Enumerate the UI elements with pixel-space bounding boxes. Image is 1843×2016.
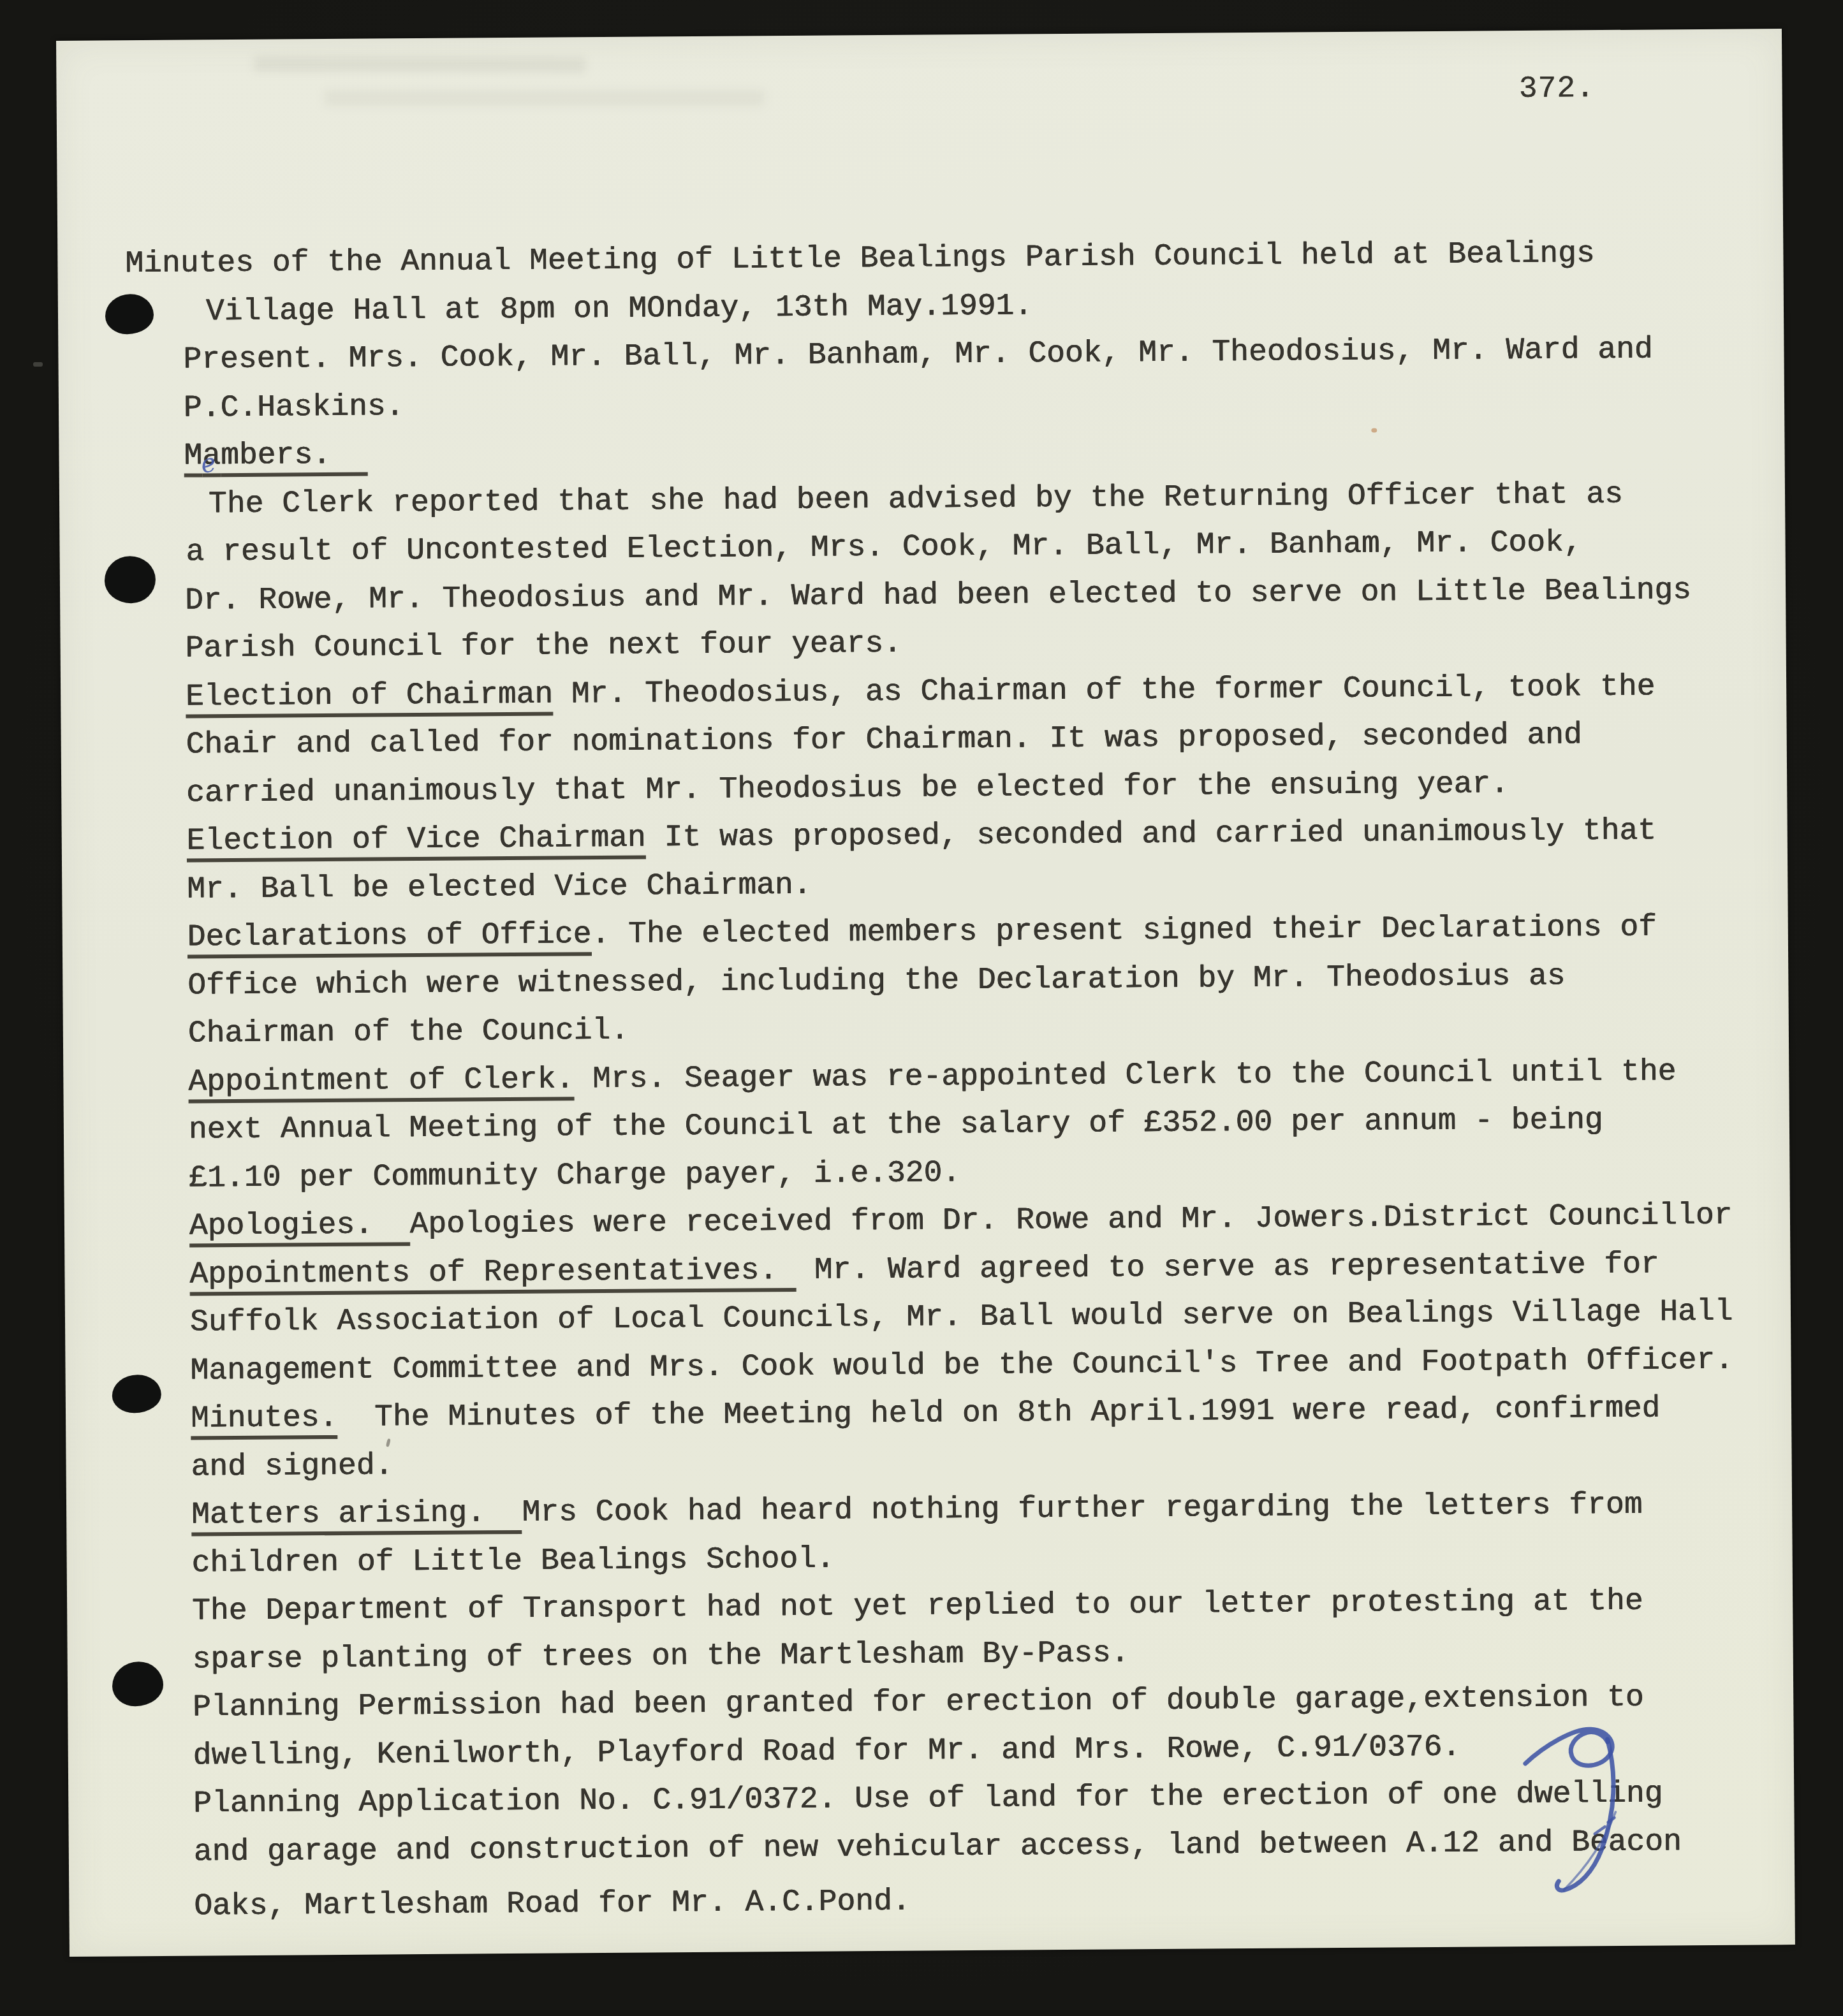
- text-run: Suffolk Association of Local Councils, M…: [190, 1295, 1733, 1340]
- text-run: sparse planting of trees on the Martlesh…: [193, 1636, 1129, 1677]
- section-heading: Election of Chairman: [186, 677, 553, 718]
- text-run: The Clerk reported that she had been adv…: [209, 477, 1623, 521]
- text-run: dwelling, Kenilworth, Playford Road for …: [193, 1730, 1461, 1773]
- scan-artifact: [33, 362, 43, 367]
- text-run: Apologies were received from Dr. Rowe an…: [409, 1199, 1732, 1242]
- text-run: Mrs. Seager was re-appointed Clerk to th…: [574, 1055, 1677, 1097]
- text-run: P.C.Haskins.: [184, 390, 404, 425]
- text-run: carried unanimously that Mr. Theodosius …: [186, 767, 1509, 810]
- punch-hole-2: [105, 556, 156, 604]
- section-heading: Appointments of Representatives.: [189, 1253, 796, 1296]
- page-number: 372.: [1518, 71, 1595, 107]
- pen-scribble-annotation: [1464, 1684, 1734, 1954]
- text-run: Planning Permission had been granted for…: [193, 1681, 1644, 1725]
- text-run: Mr. Ward agreed to serve as representati…: [796, 1247, 1659, 1287]
- text-run: a result of Uncontested Election, Mrs. C…: [186, 525, 1582, 569]
- text-run: next Annual Meeting of the Council at th…: [189, 1103, 1603, 1147]
- text-run: Dr. Rowe, Mr. Theodosius and Mr. Ward ha…: [185, 573, 1691, 618]
- ink-bleed-ghost: [254, 55, 585, 73]
- text-run: Planning Application No. C.91/0372. Use …: [193, 1776, 1663, 1821]
- section-heading: ae: [202, 439, 221, 477]
- text-run: The Department of Transport had not yet …: [192, 1584, 1643, 1629]
- text-run: £1.10 per Community Charge payer, i.e.32…: [189, 1156, 960, 1195]
- scan-background: 372. Minutes of the Annual Meeting of Li…: [0, 0, 1843, 2016]
- text-run: Minutes of the Annual Meeting of Little …: [125, 237, 1595, 281]
- section-heading: Election of Vice Chairman: [187, 821, 647, 863]
- text-run: Mr. Theodosius, as Chairman of the forme…: [553, 669, 1656, 712]
- text-run: and garage and construction of new vehic…: [194, 1825, 1682, 1869]
- text-run: Mr. Ball be elected Vice Chairman.: [187, 868, 812, 907]
- section-heading: Declarations of Office: [187, 917, 592, 958]
- ink-bleed-ghost: [325, 90, 765, 106]
- section-heading: Appointment of Clerk.: [188, 1062, 574, 1103]
- text-run: Office which were witnessed, including t…: [187, 959, 1566, 1003]
- text-run: Oaks, Martlesham Road for Mr. A.C.Pond.: [194, 1885, 911, 1924]
- section-heading: mbers.: [221, 438, 368, 478]
- document-page: 372. Minutes of the Annual Meeting of Li…: [56, 29, 1795, 1957]
- text-run: Chair and called for nominations for Cha…: [186, 718, 1582, 762]
- text-run: Management Committee and Mrs. Cook would…: [190, 1343, 1733, 1388]
- paper-speck: [1371, 428, 1377, 433]
- section-heading: Apologies.: [189, 1208, 410, 1247]
- text-run: It was proposed, seconded and carried un…: [646, 814, 1657, 856]
- text-run: The Minutes of the Meeting held on 8th A…: [337, 1391, 1660, 1435]
- text-run: and signed.: [191, 1449, 393, 1484]
- section-heading: Minutes.: [191, 1401, 338, 1440]
- text-run: Mrs Cook had heard nothing further regar…: [522, 1488, 1642, 1530]
- section-heading: Matters arising.: [191, 1496, 522, 1537]
- text-run: Present. Mrs. Cook, Mr. Ball, Mr. Banham…: [183, 333, 1653, 377]
- text-run: Village Hall at 8pm on MOnday, 13th May.…: [206, 289, 1033, 329]
- document-body: Minutes of the Annual Meeting of Little …: [57, 229, 1795, 1932]
- text-run: children of Little Bealings School.: [191, 1542, 835, 1581]
- text-run: Chairman of the Council.: [188, 1014, 629, 1051]
- text-run: . The elected members present signed the…: [591, 910, 1657, 953]
- text-run: Parish Council for the next four years.: [185, 627, 902, 666]
